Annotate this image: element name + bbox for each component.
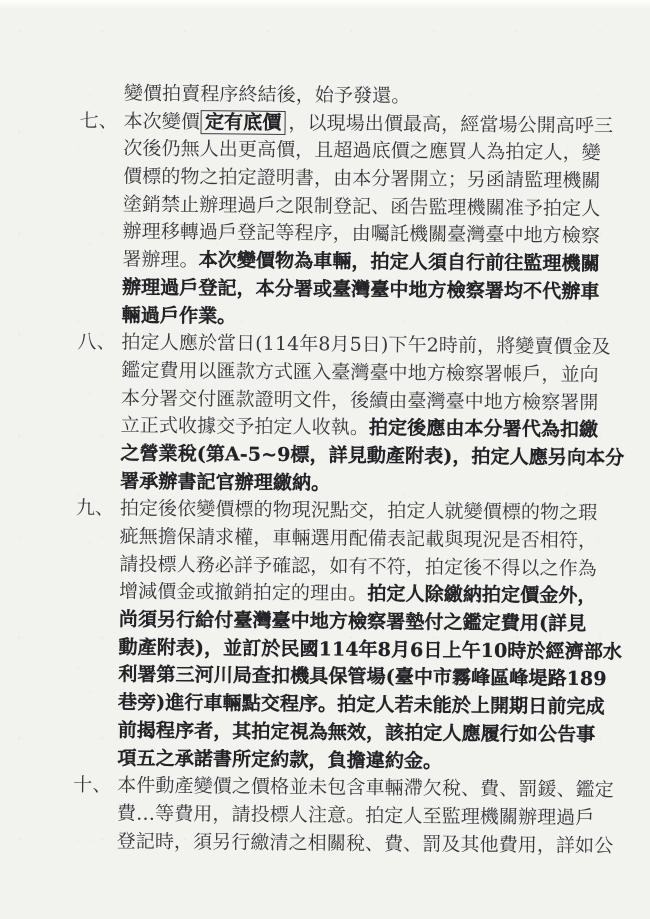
text-segment: 鑑定費用以匯款方式匯入臺灣臺中地方檢察署帳戶，並向 [121, 359, 599, 386]
text-segment: 署辦理。 [122, 249, 199, 272]
text-segment: 本次變價物為車輛，拍定人須自行前往監理機關 [199, 249, 600, 275]
text-segment: 拍定人除繳納拍定價金外， [367, 583, 596, 607]
text-line: 登記時，須另行繳清之相關稅、費、罰及其他費用，詳如公 [73, 828, 618, 861]
text-segment: 變價拍賣程序終結後，始予發還。 [124, 82, 411, 107]
text-segment: 拍定人應於當日(114年8月5日)下午2時前，將變賣價金及 [121, 332, 610, 359]
text-segment: 動產附表)，並訂於民國114年8月6日上午10時於經濟部水 [118, 636, 622, 663]
text-segment: 辦理移轉過戶登記等程序，由囑託機關臺灣臺中地方檢察 [122, 221, 600, 248]
text-segment: 巷旁)進行車輛點交程序。拍定人若未能於上開期日前完成 [118, 692, 605, 719]
text-segment: 之營業稅(第A-5~9標，詳見動產附表)，拍定人應另向本分 [120, 442, 624, 469]
scanned-document-page: 變價拍賣程序終結後，始予發還。七、本次變價定有底價，以現場出價最高，經當場公開高… [0, 0, 650, 919]
boxed-emphasis: 定有底價 [201, 110, 286, 135]
text-segment: 次後仍無人出更高價，且超過底價之應買人為拍定人，變 [123, 138, 601, 165]
text-segment: 本次變價 [124, 110, 201, 133]
text-segment: 本分署交付匯款證明文件，後續由臺灣臺中地方檢察署開 [121, 387, 599, 414]
text-segment: ，以現場出價最高，經當場公開高呼三 [288, 112, 613, 137]
item-number: 十、 [73, 772, 117, 800]
item-number: 八、 [77, 329, 121, 357]
text-segment: 利署第三河川局查扣機具保管場(臺中市霧峰區峰堤路189 [118, 664, 607, 691]
document-text: 變價拍賣程序終結後，始予發還。七、本次變價定有底價，以現場出價最高，經當場公開高… [73, 80, 625, 860]
text-segment: 輛過戶作業。 [122, 304, 237, 327]
text-segment: 項五之承諾書所定約款，負擔違約金。 [117, 747, 442, 772]
text-segment: 拍定後應由本分署代為扣繳 [369, 417, 598, 441]
text-segment: 立正式收據交予拍定人收執。 [121, 415, 370, 439]
text-segment: 尚須另行給付臺灣臺中地方檢察署墊付之鑑定費用(詳見 [119, 608, 587, 634]
text-segment: 登記時，須另行繳清之相關稅、費、罰及其他費用，詳如公 [117, 830, 614, 857]
text-segment: 拍定後依變價標的物現況點交，拍定人就變價標的物之瑕 [120, 498, 598, 525]
text-segment: 價標的物之拍定證明書，由本分署開立；另函請監理機關 [123, 165, 601, 192]
item-number: 七、 [79, 108, 123, 136]
text-segment: 署承辦書記官辦理繳納。 [120, 470, 330, 494]
text-segment: 塗銷禁止辦理過戶之限制登記、函告監理機關准予拍定人 [123, 193, 601, 220]
text-segment: 辦理過戶登記，本分署或臺灣臺中地方檢察署均不代辦車 [122, 276, 600, 303]
text-segment: 費…等費用，請投標人注意。拍定人至監理機關辦理過戶 [117, 802, 595, 829]
text-segment: 疵無擔保請求權，車輛選用配備表記載與現況是否相符， [120, 525, 598, 552]
text-segment: 請投標人務必詳予確認，如有不符，拍定後不得以之作為 [119, 553, 597, 580]
text-segment: 增減價金或撤銷拍定的理由。 [119, 581, 368, 605]
item-number: 九、 [76, 495, 120, 523]
text-segment: 前揭程序者，其拍定視為無效，該拍定人應履行如公告事 [118, 719, 596, 746]
text-segment: 本件動產變價之價格並未包含車輛滯欠稅、費、罰鍰、鑑定 [117, 775, 614, 802]
